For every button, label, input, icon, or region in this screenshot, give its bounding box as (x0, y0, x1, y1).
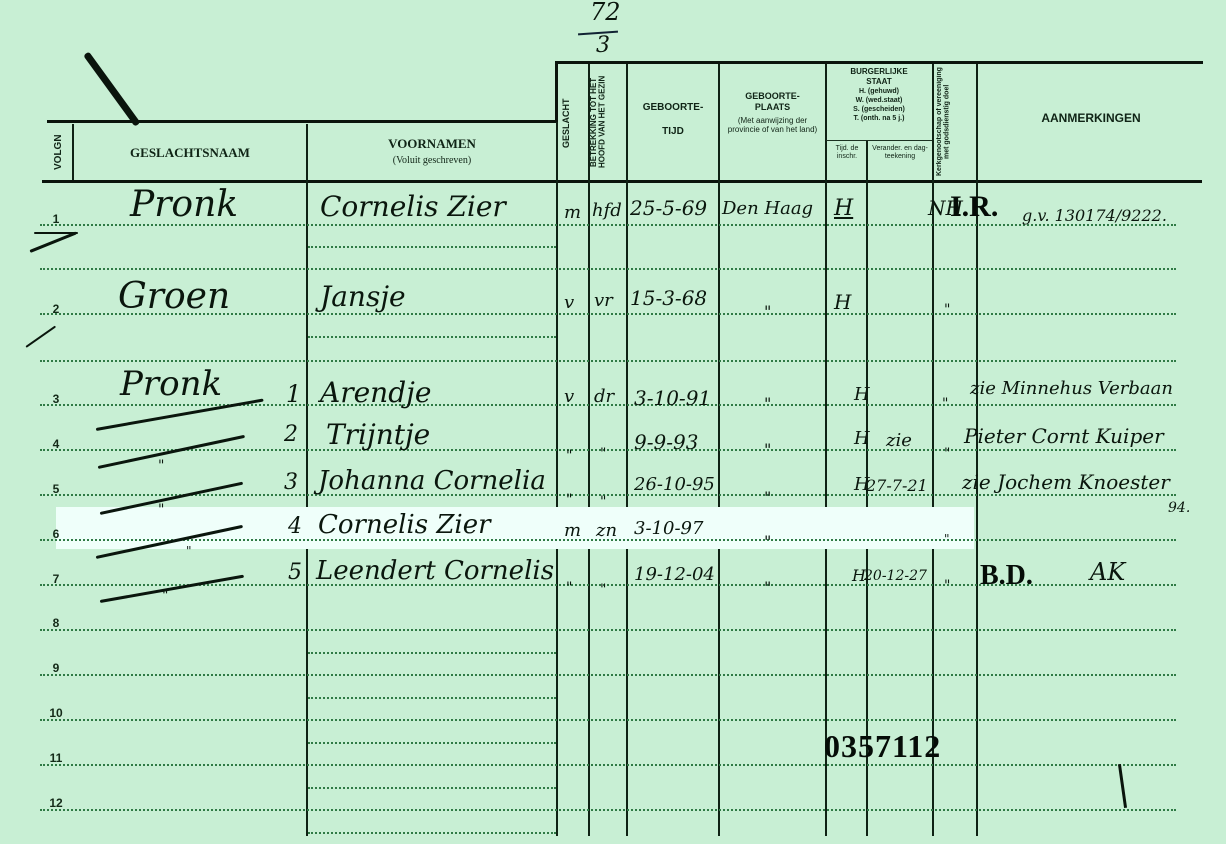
birth-date-cell: 19-12-04 (634, 564, 715, 585)
row-number: 2 (44, 302, 68, 316)
civil-status-cell: H (834, 290, 851, 314)
header-geslacht: GESLACHT (562, 70, 582, 176)
birth-date-cell: 3-10-97 (634, 518, 703, 539)
remarks-stamp: I.R. (950, 190, 998, 224)
row-number: 10 (44, 706, 68, 720)
row-number: 7 (44, 572, 68, 586)
given-name-cell: Trijntje (326, 418, 430, 451)
pen-stroke-mark (83, 51, 140, 126)
check-mark (34, 232, 78, 234)
birth-date-cell: 25-5-69 (630, 196, 707, 220)
header-geboortetijd-1: GEBOORTE- (628, 102, 718, 113)
surname-cell: " (186, 544, 192, 558)
header-aanmerkingen: AANMERKINGEN (980, 112, 1202, 125)
header-geslachtsnaam: GESLACHTSNAAM (75, 146, 305, 160)
row-number: 4 (44, 437, 68, 451)
col-line-surname (306, 124, 308, 836)
header-bs-t: T. (onth. na 5 j.) (826, 115, 932, 123)
sex-cell: m (564, 202, 581, 223)
header-bs-h: H. (gehuwd) (826, 88, 932, 96)
given-name-cell: Johanna Cornelia (318, 466, 546, 496)
given-name-cell: Arendje (320, 376, 431, 409)
row-line (40, 764, 1176, 766)
header-voornamen-sub: (Voluit geschreven) (308, 155, 556, 166)
civil-change-cell: 27-7-21 (866, 476, 928, 495)
birth-place-cell: " (764, 302, 771, 321)
relation-cell: " (600, 494, 606, 510)
given-subline (308, 787, 556, 789)
row-number: 1 (44, 212, 68, 226)
birth-place-cell: " (764, 394, 771, 413)
sheet-fraction-top: 72 (590, 0, 621, 26)
surname-cell: " (158, 458, 164, 474)
row-line (40, 360, 1176, 362)
religion-cell: " (944, 446, 950, 462)
given-name-cell: Cornelis Zier (318, 510, 491, 540)
row-number: 9 (44, 661, 68, 675)
civil-status-cell: H (854, 384, 870, 405)
given-subline (308, 246, 556, 248)
col-line-given (556, 122, 558, 836)
pen-mark (1118, 764, 1127, 808)
check-mark (25, 326, 56, 348)
row-number: 11 (44, 751, 68, 765)
religion-cell: " (942, 396, 948, 412)
surname-cell: Groen (118, 276, 230, 317)
sex-cell: " (566, 580, 572, 596)
sex-cell: " (566, 492, 572, 508)
header-bottom-line (42, 180, 1202, 183)
header-geboorteplaats-sub: (Met aanwijzing der provincie of van het… (724, 117, 821, 135)
sheet-fraction-bottom: 3 (596, 33, 610, 58)
header-voornamen: VOORNAMEN (308, 137, 556, 151)
order-cell: 5 (288, 560, 302, 585)
relation-cell: vr (594, 290, 613, 311)
remarks-stamp: B.D. (980, 560, 1033, 592)
header-geboorteplaats-1: GEBOORTE- (720, 92, 825, 102)
civil-change-cell: 20-12-27 (864, 568, 927, 584)
surname-cell: " (162, 588, 168, 604)
religion-cell: " (944, 302, 950, 318)
sex-cell: v (564, 292, 574, 313)
remarks-suffix: 94. (1168, 500, 1190, 516)
given-name-cell: Leendert Cornelis (316, 556, 554, 586)
remarks-cell: g.v. 130174/9222. (1022, 206, 1167, 225)
header-kerkgenootschap: Kerkgenootschap of vereeniging met godsd… (936, 66, 974, 178)
row-line (40, 268, 1176, 270)
relation-cell: zn (596, 520, 617, 541)
row-line (40, 809, 1176, 811)
header-geboortetijd-2: TIJD (628, 126, 718, 137)
row-line (40, 674, 1176, 676)
row-number: 6 (44, 527, 68, 541)
row-number: 12 (44, 796, 68, 810)
header-bs-w: W. (wed.staat) (826, 97, 932, 105)
given-subline (308, 742, 556, 744)
surname-cell: Pronk (130, 184, 238, 225)
religion-cell: " (944, 532, 950, 546)
order-cell: 3 (284, 470, 298, 495)
row-line (40, 494, 1176, 496)
given-name-cell: Jansje (320, 280, 406, 313)
header-bs-verander: Verander. en dag-teekening (868, 145, 932, 160)
row-number: 5 (44, 482, 68, 496)
civil-status-cell: H (854, 428, 870, 449)
row-number: 8 (44, 616, 68, 630)
remarks-cell: Pieter Cornt Kuiper (964, 424, 1164, 448)
remarks-cell: AK (1090, 558, 1125, 586)
relation-cell: " (600, 446, 606, 462)
sex-cell: " (566, 448, 572, 464)
header-step (555, 62, 558, 122)
civil-status-cell: H (834, 196, 853, 221)
birth-place-cell: " (764, 440, 771, 459)
civil-sub-divider (826, 140, 932, 141)
ditto-stroke (98, 435, 245, 469)
remarks-cell: zie Jochem Knoester (962, 470, 1170, 494)
birth-place-cell: " (764, 532, 771, 551)
relation-cell: dr (594, 386, 614, 407)
row-number: 3 (44, 392, 68, 406)
header-bs-s: S. (gescheiden) (826, 106, 932, 114)
header-burgerlijke-1: BURGERLIJKE (826, 68, 932, 77)
sex-cell: m (564, 520, 581, 541)
header-bs-tijd: Tijd. de inschr. (828, 145, 866, 160)
civil-change-cell: zie (886, 430, 912, 451)
given-subline (308, 336, 556, 338)
header-volgn: VOLGN (54, 128, 68, 176)
given-name-cell: Cornelis Zier (320, 190, 506, 223)
header-burgerlijke-2: STAAT (826, 78, 932, 87)
relation-cell: hfd (592, 200, 622, 221)
surname-cell: Pronk (120, 364, 222, 404)
birth-place-cell: Den Haag (722, 198, 813, 219)
birth-place-cell: " (764, 578, 771, 597)
order-cell: 4 (288, 514, 302, 539)
birth-date-cell: 15-3-68 (630, 286, 707, 310)
surname-cell: " (158, 502, 164, 518)
selected-row-highlight (56, 507, 974, 549)
header-top-line-right (555, 61, 1203, 64)
ditto-stroke (100, 575, 244, 603)
check-mark (29, 231, 76, 253)
header-top-line-left (47, 120, 557, 123)
header-geboorteplaats-2: PLAATS (720, 103, 825, 113)
relation-cell: " (600, 582, 606, 598)
remarks-cell: zie Minnehus Verbaan (970, 378, 1173, 399)
row-line (40, 719, 1176, 721)
order-cell: 1 (286, 380, 301, 408)
row-line (40, 629, 1176, 631)
archive-stamp-number: 0357112 (824, 728, 941, 765)
header-betrekking: BETREKKING TOT HET HOOFD VAN HET GEZIN (590, 66, 624, 178)
birth-date-cell: 9-9-93 (634, 430, 698, 454)
sex-cell: v (564, 386, 574, 407)
order-cell: 2 (284, 422, 298, 447)
given-subline (308, 697, 556, 699)
col-line-volgn (72, 124, 74, 180)
row-line (40, 449, 1176, 451)
religion-cell: " (944, 578, 950, 594)
birth-date-cell: 26-10-95 (634, 474, 715, 495)
birth-date-cell: 3-10-91 (634, 386, 711, 410)
birth-place-cell: " (764, 488, 771, 507)
given-subline (308, 832, 556, 834)
given-subline (308, 652, 556, 654)
